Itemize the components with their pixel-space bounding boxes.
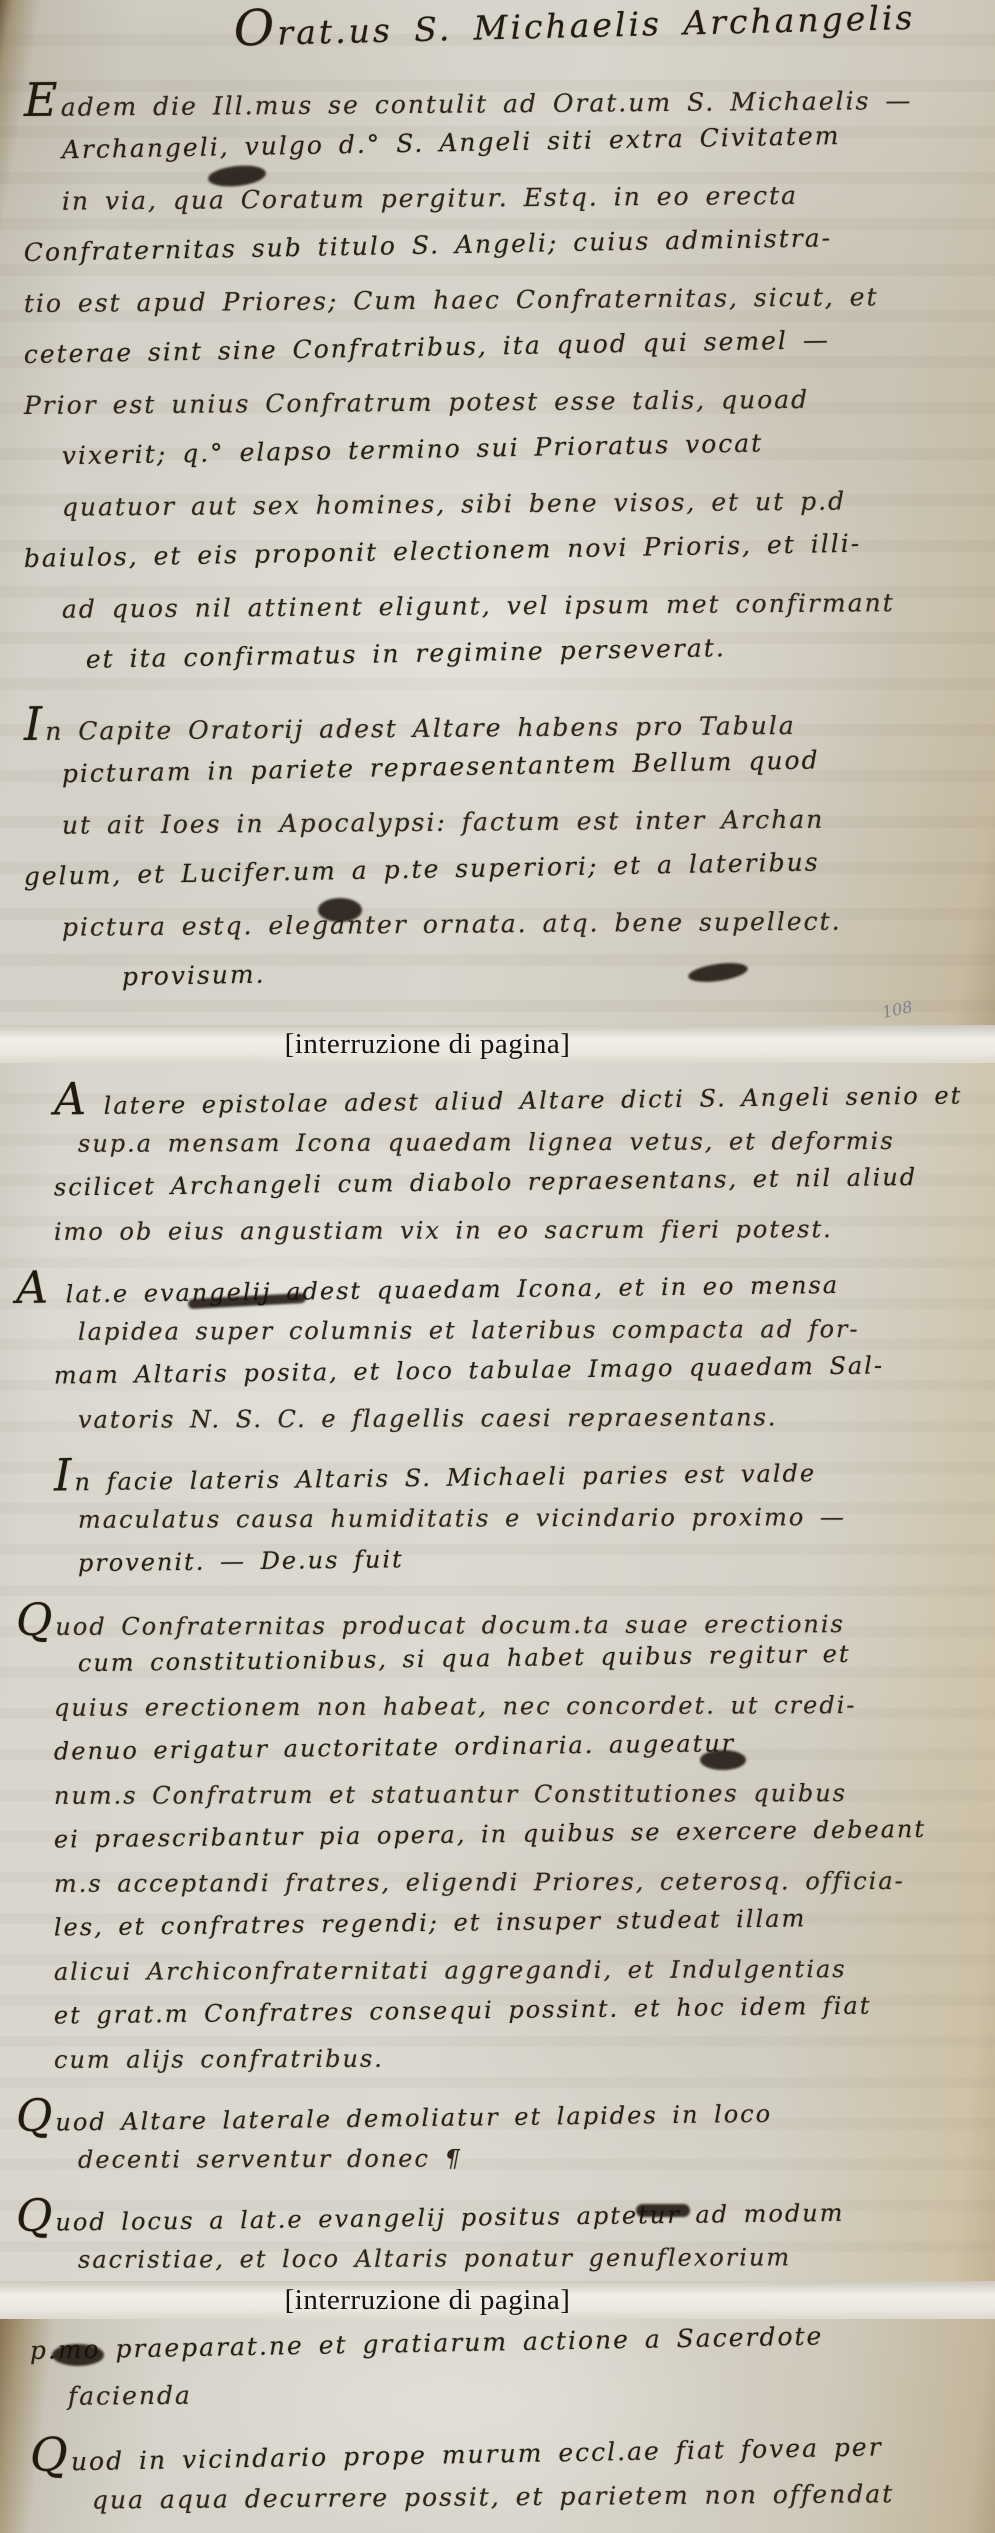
manuscript-line: Quod in vicindario prope murum eccl.ae f… — [30, 2422, 982, 2485]
ink-blot — [318, 898, 362, 922]
manuscript-line: vatoris N. S. C. e flagellis caesi repra… — [16, 1402, 981, 1449]
manuscript-scan: Orat.us S. Michaelis Archangelis Eadem d… — [0, 0, 995, 2533]
manuscript-title: Orat.us S. Michaelis Archangelis — [23, 0, 977, 80]
manuscript-line: p.mo praeparat.ne et gratiarum actione a… — [30, 2319, 982, 2381]
manuscript-line: Quod locus a lat.e evangelij positus apt… — [16, 2189, 981, 2245]
page-segment-middle: A latere epistolae adest aliud Altare di… — [0, 1063, 995, 2281]
page-segment-top: Orat.us S. Michaelis Archangelis Eadem d… — [0, 0, 995, 1025]
manuscript-line: cum alijs confratribus. — [16, 2042, 981, 2089]
page-segment-bottom: p.mo praeparat.ne et gratiarum actione a… — [0, 2319, 995, 2533]
page-break-label: [interruzione di pagina] — [285, 2284, 571, 2317]
manuscript-line: sacristiae, et loco Altaris ponatur genu… — [16, 2242, 981, 2281]
manuscript-line: A lat.e evangelij adest quaedam Icona, e… — [16, 1261, 981, 1317]
page-break-label: [interruzione di pagina] — [285, 1028, 571, 1061]
manuscript-line: A latere epistolae adest aliud Altare di… — [16, 1073, 981, 1129]
manuscript-line: Quod Altare laterale demoliatur et lapid… — [16, 2089, 981, 2145]
manuscript-line: In facie lateris Altaris S. Michaeli par… — [16, 1449, 981, 1505]
manuscript-line: qua aqua decurrere possit, et parietem n… — [30, 2478, 981, 2531]
page-break-strip-2: [interruzione di pagina] — [0, 2281, 995, 2319]
ink-blot — [700, 1750, 746, 1770]
manuscript-line: decenti serventur donec ¶ — [16, 2142, 981, 2189]
manuscript-line: facienda — [30, 2374, 981, 2427]
page-break-strip-1: [interruzione di pagina] — [0, 1025, 995, 1063]
ink-blot — [52, 2344, 104, 2366]
ink-blot — [636, 2204, 690, 2217]
page-number: 108 — [881, 997, 915, 1022]
manuscript-line: imo ob eius angustiam vix in eo sacrum f… — [16, 1214, 981, 1261]
